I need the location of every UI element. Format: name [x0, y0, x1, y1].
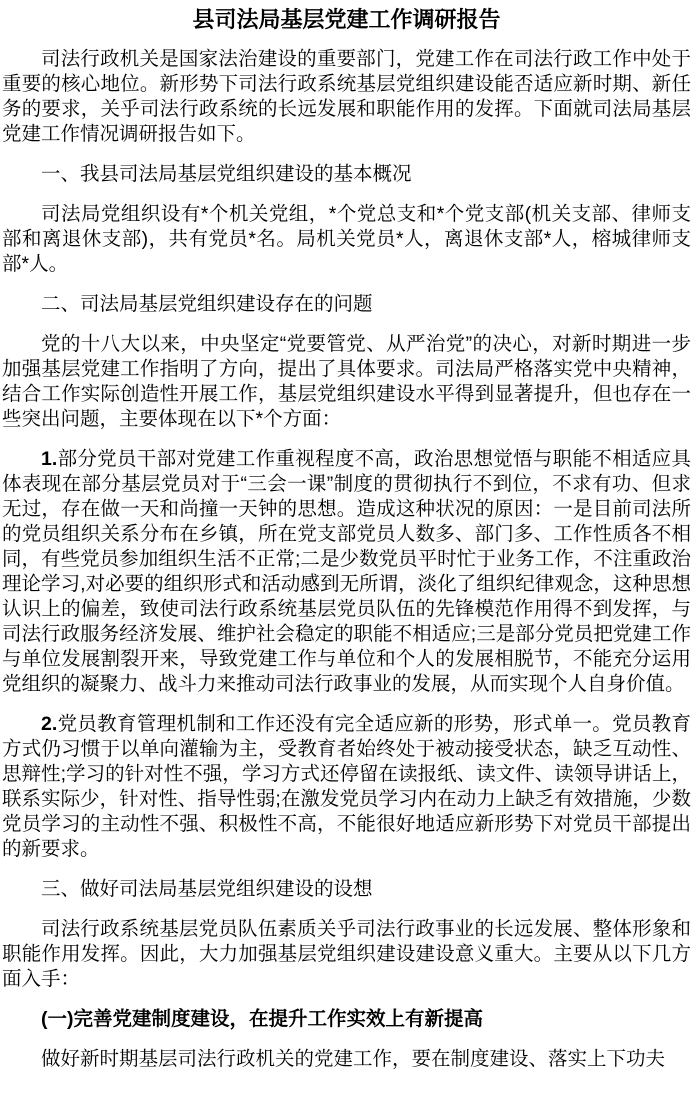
paragraph-number-1: 1. [41, 448, 57, 470]
numbered-paragraph-1: 1.部分党员干部对党建工作重视程度不高，政治思想觉悟与职能不相适应具体表现在部分… [2, 447, 691, 697]
paragraph-final: 做好新时期基层司法行政机关的党建工作，要在制度建设、落实上下功夫 [2, 1047, 691, 1072]
report-page: 县司法局基层党建工作调研报告 司法行政机关是国家法治建设的重要部门，党建工作在司… [0, 0, 693, 1097]
subheading-number-1: (一) [41, 1008, 74, 1030]
subheading-text-1: 完善党建制度建设，在提升工作实效上有新提高 [74, 1008, 484, 1030]
section-heading-1: 一、我县司法局基层党组织建设的基本概况 [2, 162, 691, 187]
paragraph-ideas-intro: 司法行政系统基层党员队伍素质关乎司法行政事业的长远发展、整体形象和职能作用发挥。… [2, 917, 691, 992]
paragraph-overview: 司法局党组织设有*个机关党组，*个党总支和*个党支部(机关支部、律师支部和离退休… [2, 202, 691, 277]
section-heading-2: 二、司法局基层党组织建设存在的问题 [2, 292, 691, 317]
section-heading-3: 三、做好司法局基层党组织建设的设想 [2, 877, 691, 902]
report-title: 县司法局基层党建工作调研报告 [2, 7, 691, 33]
paragraph-problems-intro: 党的十八大以来，中央坚定“党要管党、从严治党”的决心，对新时期进一步加强基层党建… [2, 332, 691, 432]
paragraph-body-1: 部分党员干部对党建工作重视程度不高，政治思想觉悟与职能不相适应具体表现在部分基层… [2, 448, 691, 695]
sub-heading-1: (一)完善党建制度建设，在提升工作实效上有新提高 [2, 1007, 691, 1032]
paragraph-intro: 司法行政机关是国家法治建设的重要部门，党建工作在司法行政工作中处于重要的核心地位… [2, 47, 691, 147]
paragraph-number-2: 2. [41, 713, 57, 735]
numbered-paragraph-2: 2.党员教育管理机制和工作还没有完全适应新的形势，形式单一。党员教育方式仍习惯于… [2, 712, 691, 862]
paragraph-body-2: 党员教育管理机制和工作还没有完全适应新的形势，形式单一。党员教育方式仍习惯于以单… [2, 713, 691, 860]
